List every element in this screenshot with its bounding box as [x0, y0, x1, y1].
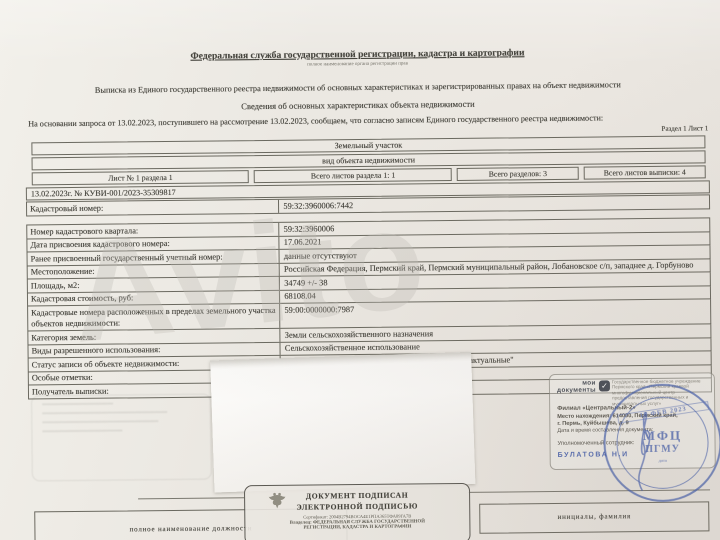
- mfc-logo-line2: документы: [557, 387, 596, 394]
- request-line: На основании запроса от 13.02.2023, пост…: [28, 112, 696, 128]
- bleedthrough-ghost-stamp: [31, 394, 212, 482]
- section-subtitle: Сведения об основных характеристиках объ…: [0, 96, 718, 114]
- sheet-cell: Всего листов раздела 1: 1: [254, 168, 452, 183]
- footer-right-label: инициалы, фамилия: [558, 512, 632, 521]
- sheet-cell: Всего листов выписки: 4: [584, 165, 706, 179]
- row-label: Кадастровый номер:: [27, 200, 279, 215]
- row-label: Кадастровые номера расположенных в преде…: [28, 304, 281, 331]
- extract-title: Выписка из Единого государственного реес…: [0, 79, 718, 96]
- scanned-document-photo: Федеральная служба государственной регис…: [0, 0, 720, 540]
- row-label: Категория земель:: [28, 329, 280, 344]
- document: Федеральная служба государственной регис…: [0, 0, 720, 540]
- row-value: 59:32:3960006:7442: [279, 195, 709, 212]
- row-label: Площадь, м2:: [28, 277, 280, 292]
- officer-signature-squiggle: [611, 402, 682, 495]
- row-label: Ранее присвоенный государственный учетны…: [28, 250, 280, 265]
- row-label: Кадастровая стоимость, руб:: [28, 290, 280, 305]
- mfc-round-seal: 17 ФЕВ 2023 МФЦ ПГМУ дата: [603, 383, 720, 502]
- row-label: Местоположение:: [28, 263, 280, 278]
- sheet-cell: Всего разделов: 3: [457, 167, 579, 181]
- footer-left-label: полное наименование должности: [130, 524, 253, 533]
- esign-box: ДОКУМЕНТ ПОДПИСАН ЭЛЕКТРОННОЙ ПОДПИСЬЮ С…: [244, 483, 471, 540]
- esign-owner-line2: РЕГИСТРАЦИИ, КАДАСТРА И КАРТОГРАФИИ: [245, 524, 469, 531]
- footer-connector-line: [138, 497, 244, 499]
- row-value: 59:00:0000000:7987: [280, 299, 710, 327]
- sheet-cell: Лист № 1 раздела 1: [32, 170, 250, 185]
- row-label: Дата присвоения кадастрового номера:: [27, 236, 279, 251]
- row-label: Виды разрешенного использования:: [28, 342, 280, 357]
- footer-right-box: инициалы, фамилия: [479, 501, 709, 533]
- white-paper-overlay: [210, 352, 475, 493]
- coat-of-arms-icon: [267, 491, 287, 511]
- row-label: Номер кадастрового квартала:: [27, 223, 279, 238]
- section-page-indicator: Раздел 1 Лист 1: [661, 124, 708, 132]
